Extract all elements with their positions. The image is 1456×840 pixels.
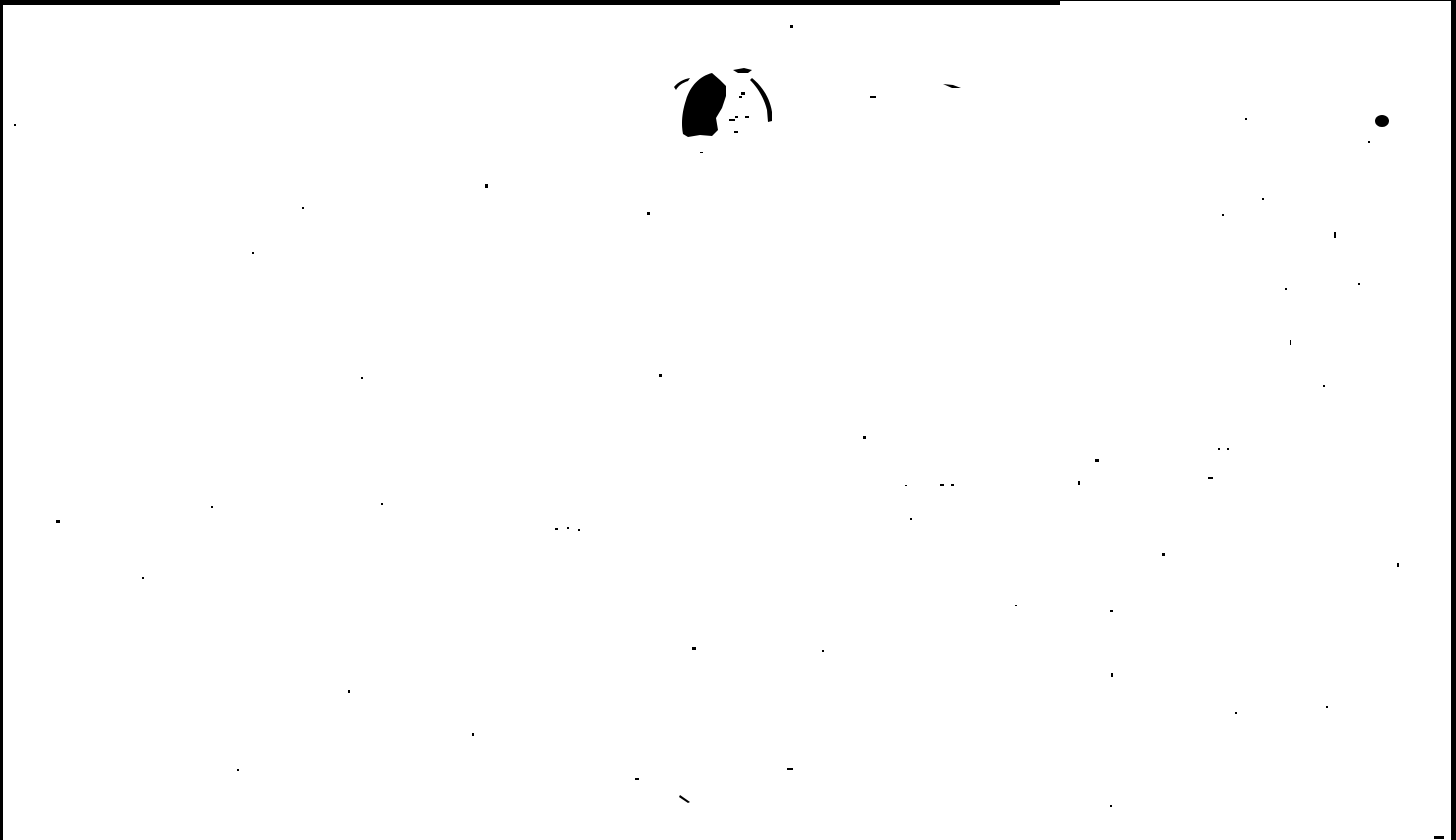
specks	[14, 25, 1444, 839]
partially-lit-sphere	[674, 68, 772, 153]
astronomical-image	[0, 0, 1456, 840]
dark-blob	[1375, 115, 1389, 127]
sky-field	[0, 0, 1456, 840]
streak	[943, 84, 961, 88]
